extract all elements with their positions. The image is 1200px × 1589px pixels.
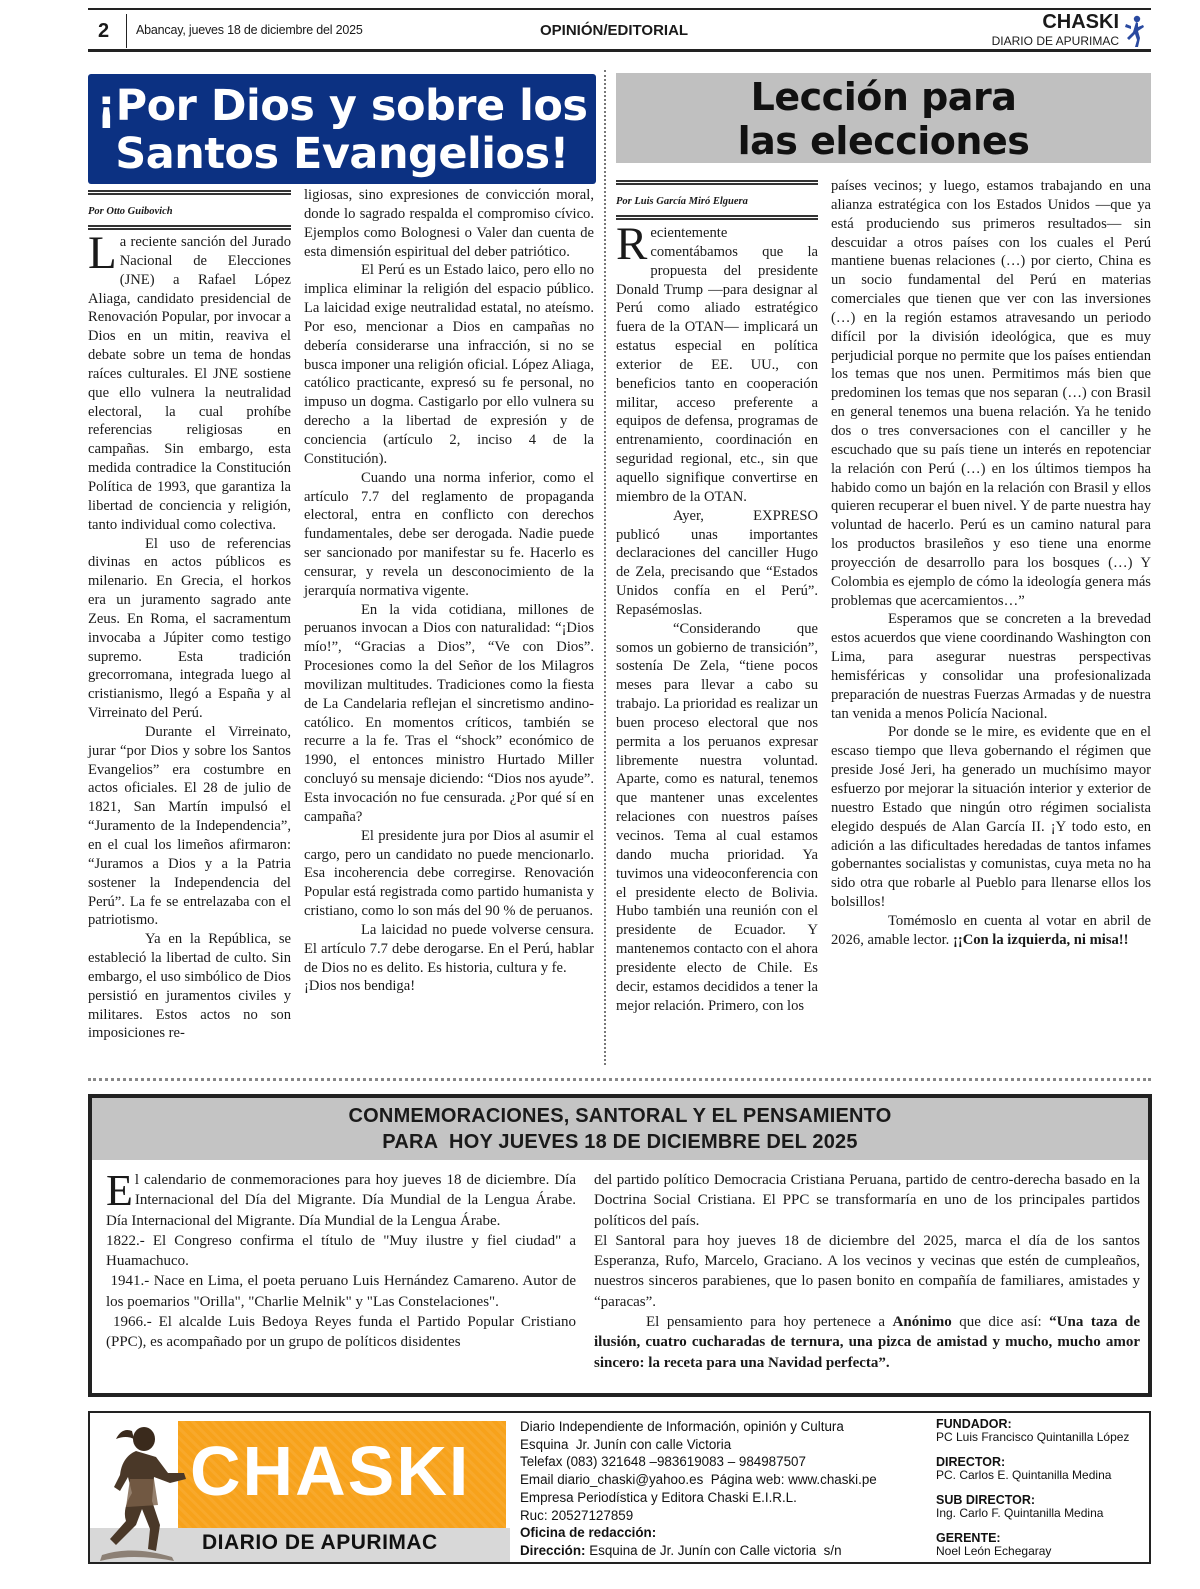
- santoral-header: CONMEMORACIONES, SANTORAL Y EL PENSAMIEN…: [92, 1098, 1148, 1160]
- address-label: Dirección:: [520, 1543, 585, 1558]
- paragraph: a reciente sanción del Jurado Nacional d…: [88, 234, 291, 533]
- paragraph: En la vida cotidiana, millones de peruan…: [304, 601, 594, 827]
- paragraph: ¡Dios nos bendiga!: [304, 977, 594, 996]
- brand-logo: CHASKI DIARIO DE APURIMAC: [992, 12, 1119, 47]
- paragraph: l calendario de conmemoraciones para hoy…: [106, 1172, 576, 1229]
- header-divider: [126, 14, 127, 48]
- santoral-title-line1: CONMEMORACIONES, SANTORAL Y EL PENSAMIEN…: [92, 1103, 1148, 1129]
- staff-name: PC Luis Francisco Quintanilla López: [936, 1431, 1129, 1444]
- closing-paragraph: Tomémoslo en cuenta al votar en abril de…: [831, 912, 1151, 950]
- imprint-line: Diario Independiente de Información, opi…: [520, 1418, 877, 1436]
- imprint-ruc: Ruc: 20527127859: [520, 1507, 877, 1525]
- santoral-title-line2: PARA HOY JUEVES 18 DE DICIEMBRE DEL 2025: [92, 1129, 1148, 1155]
- dropcap: R: [616, 224, 647, 262]
- paragraph: El presidente jura por Dios al asumir el…: [304, 827, 594, 921]
- page-number: 2: [98, 20, 109, 43]
- office-label: Oficina de redacción:: [520, 1525, 656, 1540]
- staff-name: Ing. Carlo F. Quintanilla Medina: [936, 1507, 1129, 1520]
- date-line: Abancay, jueves 18 de diciembre del 2025: [136, 23, 363, 37]
- imprint-contact: Email diario_chaski@yahoo.es Página web:…: [520, 1471, 877, 1489]
- headline-left-line1: ¡Por Dios y sobre los: [88, 82, 596, 130]
- section-divider: [88, 1078, 1151, 1081]
- brand-subtitle: DIARIO DE APURIMAC: [992, 35, 1119, 47]
- headline-right: Lección para las elecciones: [616, 73, 1151, 163]
- imprint-line: Esquina Jr. Junín con calle Victoria: [520, 1436, 877, 1454]
- paragraph: “Considerando que somos un gobierno de t…: [616, 620, 818, 1016]
- staff-name: PC. Carlos E. Quintanilla Medina: [936, 1469, 1129, 1482]
- brand-name: CHASKI: [992, 12, 1119, 32]
- paragraph: El Perú es un Estado laico, pero ello no…: [304, 261, 594, 468]
- runner-icon: [92, 1417, 188, 1563]
- paragraph: del partido político Democracia Cristian…: [594, 1170, 1140, 1231]
- runner-icon: [1123, 14, 1149, 48]
- column-divider: [604, 70, 606, 1065]
- article-left-col2: ligiosas, sino expresiones de convicción…: [304, 186, 594, 996]
- paragraph: 1941.- Nace en Lima, el poeta peruano Lu…: [106, 1271, 576, 1312]
- address-value: Esquina de Jr. Junín con Calle victoria …: [585, 1543, 841, 1558]
- santoral-box: CONMEMORACIONES, SANTORAL Y EL PENSAMIEN…: [88, 1094, 1152, 1397]
- paragraph: Cuando una norma inferior, como el artíc…: [304, 469, 594, 601]
- paragraph: El Santoral para hoy jueves 18 de diciem…: [594, 1231, 1140, 1312]
- paragraph: Ya en la República, se estableció la lib…: [88, 930, 291, 1043]
- paragraph: Ayer, EXPRESO publicó unas importantes d…: [616, 507, 818, 620]
- imprint-line: Telefax (083) 321648 –983619083 – 984987…: [520, 1453, 877, 1471]
- paragraph: 1966.- El alcalde Luis Bedoya Reyes fund…: [106, 1312, 576, 1353]
- paragraph: países vecinos; y luego, estamos trabaja…: [831, 177, 1151, 610]
- paragraph: Esperamos que se concreten a la brevedad…: [831, 610, 1151, 723]
- page-header: 2 Abancay, jueves 18 de diciembre del 20…: [88, 8, 1151, 52]
- thought-author: Anónimo: [893, 1314, 952, 1330]
- headline-right-line1: Lección para: [616, 75, 1151, 119]
- imprint-info: Diario Independiente de Información, opi…: [520, 1418, 877, 1560]
- santoral-left-col: El calendario de conmemoraciones para ho…: [106, 1170, 576, 1353]
- dropcap: L: [88, 233, 117, 271]
- article-right-col2: países vecinos; y luego, estamos trabaja…: [831, 177, 1151, 950]
- imprint-footer: CHASKI DIARIO DE APURIMAC Diario Indepen…: [88, 1411, 1151, 1564]
- paragraph: La laicidad no puede volverse censura. E…: [304, 921, 594, 978]
- byline-right: Por Luis García Miró Elguera: [616, 180, 818, 220]
- section-title: OPINIÓN/EDITORIAL: [540, 22, 688, 39]
- headline-right-line2: las elecciones: [616, 119, 1151, 163]
- article-left-col1: La reciente sanción del Jurado Nacional …: [88, 233, 291, 1043]
- thought-mid: que dice así:: [952, 1314, 1049, 1330]
- byline-left: Por Otto Guibovich: [88, 190, 291, 230]
- author-name: Por Otto Guibovich: [88, 195, 291, 225]
- author-name: Por Luis García Miró Elguera: [616, 185, 818, 215]
- paragraph: El uso de referencias divinas en actos p…: [88, 535, 291, 723]
- paragraph: 1822.- El Congreso confirma el título de…: [106, 1231, 576, 1272]
- staff-name: Noel León Echegaray: [936, 1545, 1129, 1558]
- thought-paragraph: El pensamiento para hoy pertenece a Anón…: [594, 1312, 1140, 1373]
- paragraph: ligiosas, sino expresiones de convicción…: [304, 186, 594, 261]
- headline-left: ¡Por Dios y sobre los Santos Evangelios!: [88, 74, 596, 184]
- thought-intro: El pensamiento para hoy pertenece a: [646, 1314, 893, 1330]
- dropcap: E: [106, 1170, 133, 1208]
- rule: [88, 225, 291, 230]
- chaski-logo: CHASKI DIARIO DE APURIMAC: [90, 1413, 510, 1564]
- paragraph: Por donde se le mire, es evidente que en…: [831, 723, 1151, 911]
- staff-list: FUNDADOR: PC Luis Francisco Quintanilla …: [936, 1418, 1129, 1570]
- paragraph: Durante el Virreinato, jurar “por Dios y…: [88, 723, 291, 930]
- article-right-col1: Recientemente comentábamos que la propue…: [616, 224, 818, 1015]
- imprint-line: Empresa Periodística y Editora Chaski E.…: [520, 1489, 877, 1507]
- headline-left-line2: Santos Evangelios!: [88, 130, 596, 178]
- logo-subtitle: DIARIO DE APURIMAC: [202, 1531, 438, 1555]
- santoral-right-col: del partido político Democracia Cristian…: [594, 1170, 1140, 1373]
- logo-wordmark: CHASKI: [190, 1435, 470, 1507]
- closing-bold: ¡¡Con la izquierda, ni misa!!: [953, 932, 1129, 948]
